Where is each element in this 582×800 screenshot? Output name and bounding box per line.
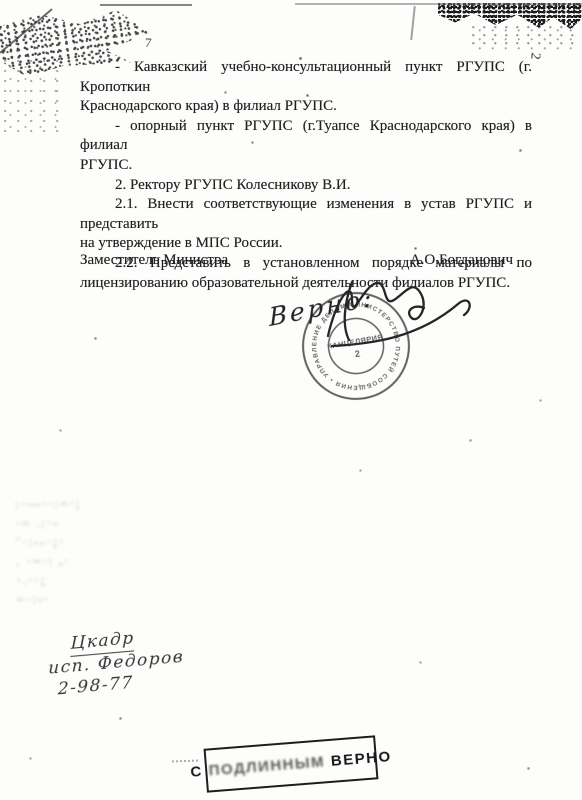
signatory-name: А.О.Богданович [410,252,513,269]
handwritten-page-mark: 7 [144,35,152,51]
true-copy-stamp: С ПОДЛИННЫМ ВЕРНО [204,735,379,792]
stamp-word: ПОДЛИННЫМ [208,753,326,779]
body-line: 2. Ректору РГУПС Колесникову В.И. [80,176,532,196]
stamp-word: ВЕРНО [330,748,392,770]
smudge-line: ·.··; [16,569,83,589]
body-line: РГУПС. [80,156,532,176]
scan-scratch-mark [410,6,415,40]
smudge-line: ·~ .:·- [15,512,82,532]
stamp-word: С [190,762,204,780]
scan-smudge-left-edge [0,58,62,138]
scan-noise-scatter-top-right [470,24,580,50]
body-line: - Кавказский учебно-консультационный пун… [80,58,532,97]
faint-bleedthrough-text: :·—··:~·; ·~ .:·- ¨·:--·;· . ·~·: ,· ·.·… [15,493,83,608]
stamp-lead-dashes [172,760,198,763]
smudge-line: ~·:-· [17,588,84,608]
scan-dust-specks [0,0,1,1]
smudge-line: :·—··:~·; [15,493,82,513]
body-line: - опорный пункт РГУПС (г.Туапсе Краснода… [80,117,532,156]
scanned-document-page: 7 2 - Кавказский учебно-консультационный… [0,0,582,800]
smudge-line: . ·~·: ,· [16,550,83,570]
handwritten-notes: Цкадр исп. Федоров 2-98-77 [48,624,185,701]
signature-stroke-main [328,283,424,336]
body-line: на утверждение в МПС России. [80,234,532,254]
signature-stroke-loop [345,282,352,340]
scan-edge-line-right [295,3,582,5]
signature-row: Заместитель Министра А.О.Богданович [80,252,513,269]
signature-flourish [322,274,482,369]
body-line: 2.1. Внести соответствующие изменения в … [80,195,532,234]
scan-edge-line-left [100,4,192,6]
signatory-title: Заместитель Министра [80,252,228,269]
smudge-line: ¨·:--·;· [16,531,83,551]
body-line: Краснодарского края) в филиал РГУПС. [80,97,532,117]
